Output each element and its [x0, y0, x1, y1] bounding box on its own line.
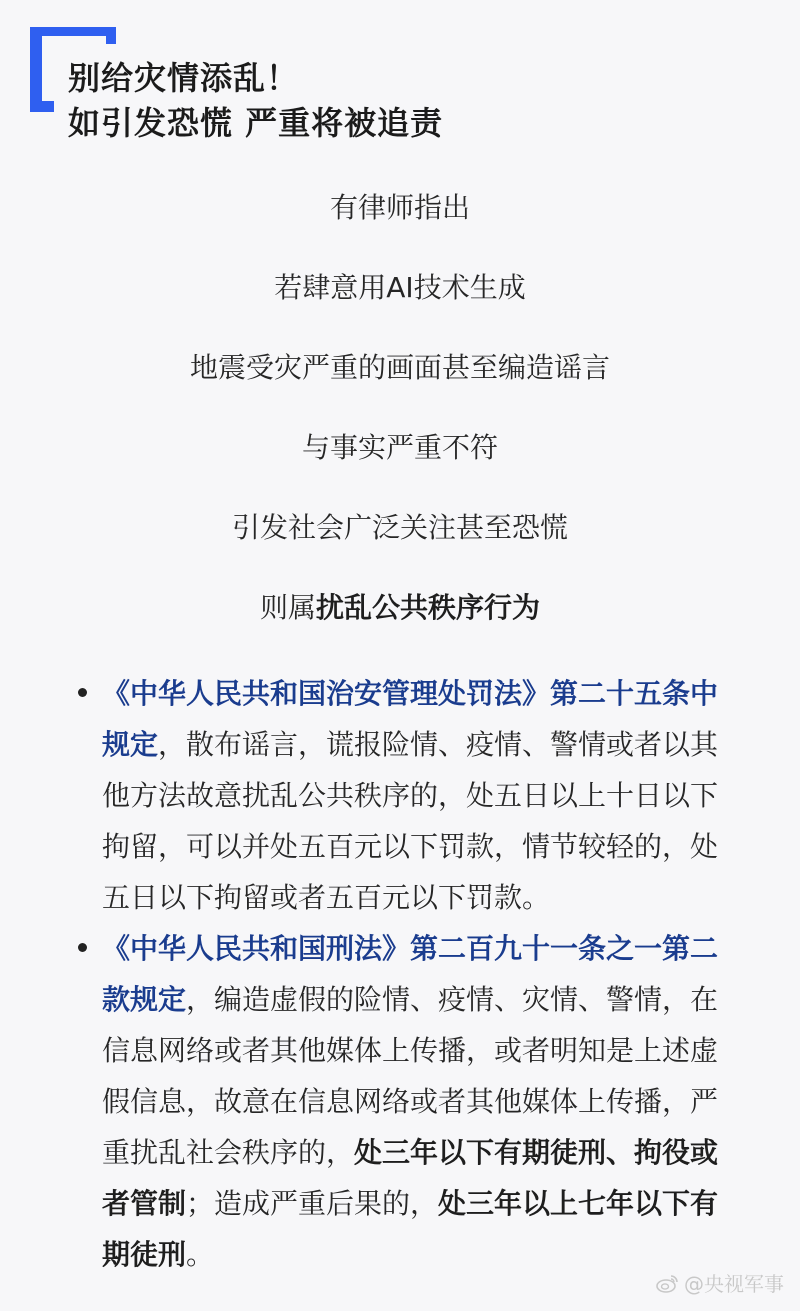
title-line-2: 如引发恐慌 严重将被追责: [68, 101, 443, 146]
bullet-line: 者管制；造成严重后果的，处三年以上七年以下有: [102, 1178, 800, 1229]
bullet-line: 拘留，可以并处五百元以下罚款，情节较轻的，处: [102, 821, 800, 872]
body-text: 信息网络或者其他媒体上传播，或者明知是上述虚: [102, 1034, 718, 1067]
body-text: ，编造虚假的险情、疫情、灾情、警情，在: [186, 983, 718, 1016]
bullet-line: 重扰乱社会秩序的，处三年以下有期徒刑、拘役或: [102, 1127, 800, 1178]
conclusion-prefix: 则属: [260, 591, 316, 624]
law-bullet-public-security: 《中华人民共和国治安管理处罚法》第二十五条中规定，散布谣言，谎报险情、疫情、警情…: [0, 668, 800, 923]
law-reference: 《中华人民共和国治安管理处罚法》第二十五条中: [102, 677, 718, 710]
bullet-line: 五日以下拘留或者五百元以下罚款。: [102, 872, 800, 923]
conclusion-line: 则属扰乱公共秩序行为: [0, 588, 800, 668]
bullet-line: 《中华人民共和国治安管理处罚法》第二十五条中: [102, 668, 800, 719]
intro-line: 引发社会广泛关注甚至恐慌: [0, 508, 800, 588]
bullet-dot-icon: [78, 688, 87, 697]
intro-line: 有律师指出: [0, 188, 800, 268]
bracket-bottom-foot: [30, 101, 54, 112]
law-reference: 规定: [102, 728, 158, 761]
body-text: ，散布谣言，谎报险情、疫情、警情或者以其: [158, 728, 718, 761]
law-bullet-criminal-law: 《中华人民共和国刑法》第二百九十一条之一第二款规定，编造虚假的险情、疫情、灾情、…: [0, 923, 800, 1280]
page-title: 别给灾情添乱！ 如引发恐慌 严重将被追责: [68, 56, 443, 146]
weibo-icon: [656, 1273, 680, 1293]
bracket-left-bar: [30, 27, 42, 112]
bracket-top-bar: [30, 27, 116, 36]
watermark-text: @央视军事: [684, 1268, 784, 1297]
penalty-emphasis: 处三年以下有期徒刑、拘役或: [354, 1136, 718, 1169]
penalty-emphasis: 期徒刑: [102, 1238, 186, 1271]
law-reference: 款规定: [102, 983, 186, 1016]
intro-line: 地震受灾严重的画面甚至编造谣言: [0, 348, 800, 428]
penalty-emphasis: 处三年以上七年以下有: [438, 1187, 718, 1220]
bullet-line: 信息网络或者其他媒体上传播，或者明知是上述虚: [102, 1025, 800, 1076]
intro-line: 与事实严重不符: [0, 428, 800, 508]
conclusion-emphasis: 扰乱公共秩序行为: [316, 591, 540, 624]
bullet-line: 规定，散布谣言，谎报险情、疫情、警情或者以其: [102, 719, 800, 770]
bullet-line: 《中华人民共和国刑法》第二百九十一条之一第二: [102, 923, 800, 974]
bullet-text: 《中华人民共和国刑法》第二百九十一条之一第二款规定，编造虚假的险情、疫情、灾情、…: [102, 923, 800, 1280]
body-text: 。: [186, 1238, 214, 1271]
law-reference: 《中华人民共和国刑法》第二百九十一条之一第二: [102, 932, 718, 965]
intro-section: 有律师指出 若肆意用AI技术生成 地震受灾严重的画面甚至编造谣言 与事实严重不符…: [0, 188, 800, 668]
title-line-1: 别给灾情添乱！: [68, 56, 443, 101]
bracket-right-tab: [106, 27, 116, 44]
body-text: 假信息，故意在信息网络或者其他媒体上传播，严: [102, 1085, 718, 1118]
bullet-dot-icon: [78, 943, 87, 952]
intro-line: 若肆意用AI技术生成: [0, 268, 800, 348]
bullet-line: 款规定，编造虚假的险情、疫情、灾情、警情，在: [102, 974, 800, 1025]
body-text: 五日以下拘留或者五百元以下罚款。: [102, 881, 550, 914]
penalty-emphasis: 者管制: [102, 1187, 186, 1220]
body-text: ；造成严重后果的，: [186, 1187, 438, 1220]
body-text: 重扰乱社会秩序的，: [102, 1136, 354, 1169]
law-citations: 《中华人民共和国治安管理处罚法》第二十五条中规定，散布谣言，谎报险情、疫情、警情…: [0, 668, 800, 1280]
bullet-text: 《中华人民共和国治安管理处罚法》第二十五条中规定，散布谣言，谎报险情、疫情、警情…: [102, 668, 800, 923]
body-text: 他方法故意扰乱公共秩序的，处五日以上十日以下: [102, 779, 718, 812]
bullet-line: 他方法故意扰乱公共秩序的，处五日以上十日以下: [102, 770, 800, 821]
body-text: 拘留，可以并处五百元以下罚款，情节较轻的，处: [102, 830, 718, 863]
watermark: @央视军事: [656, 1268, 784, 1297]
bullet-line: 假信息，故意在信息网络或者其他媒体上传播，严: [102, 1076, 800, 1127]
